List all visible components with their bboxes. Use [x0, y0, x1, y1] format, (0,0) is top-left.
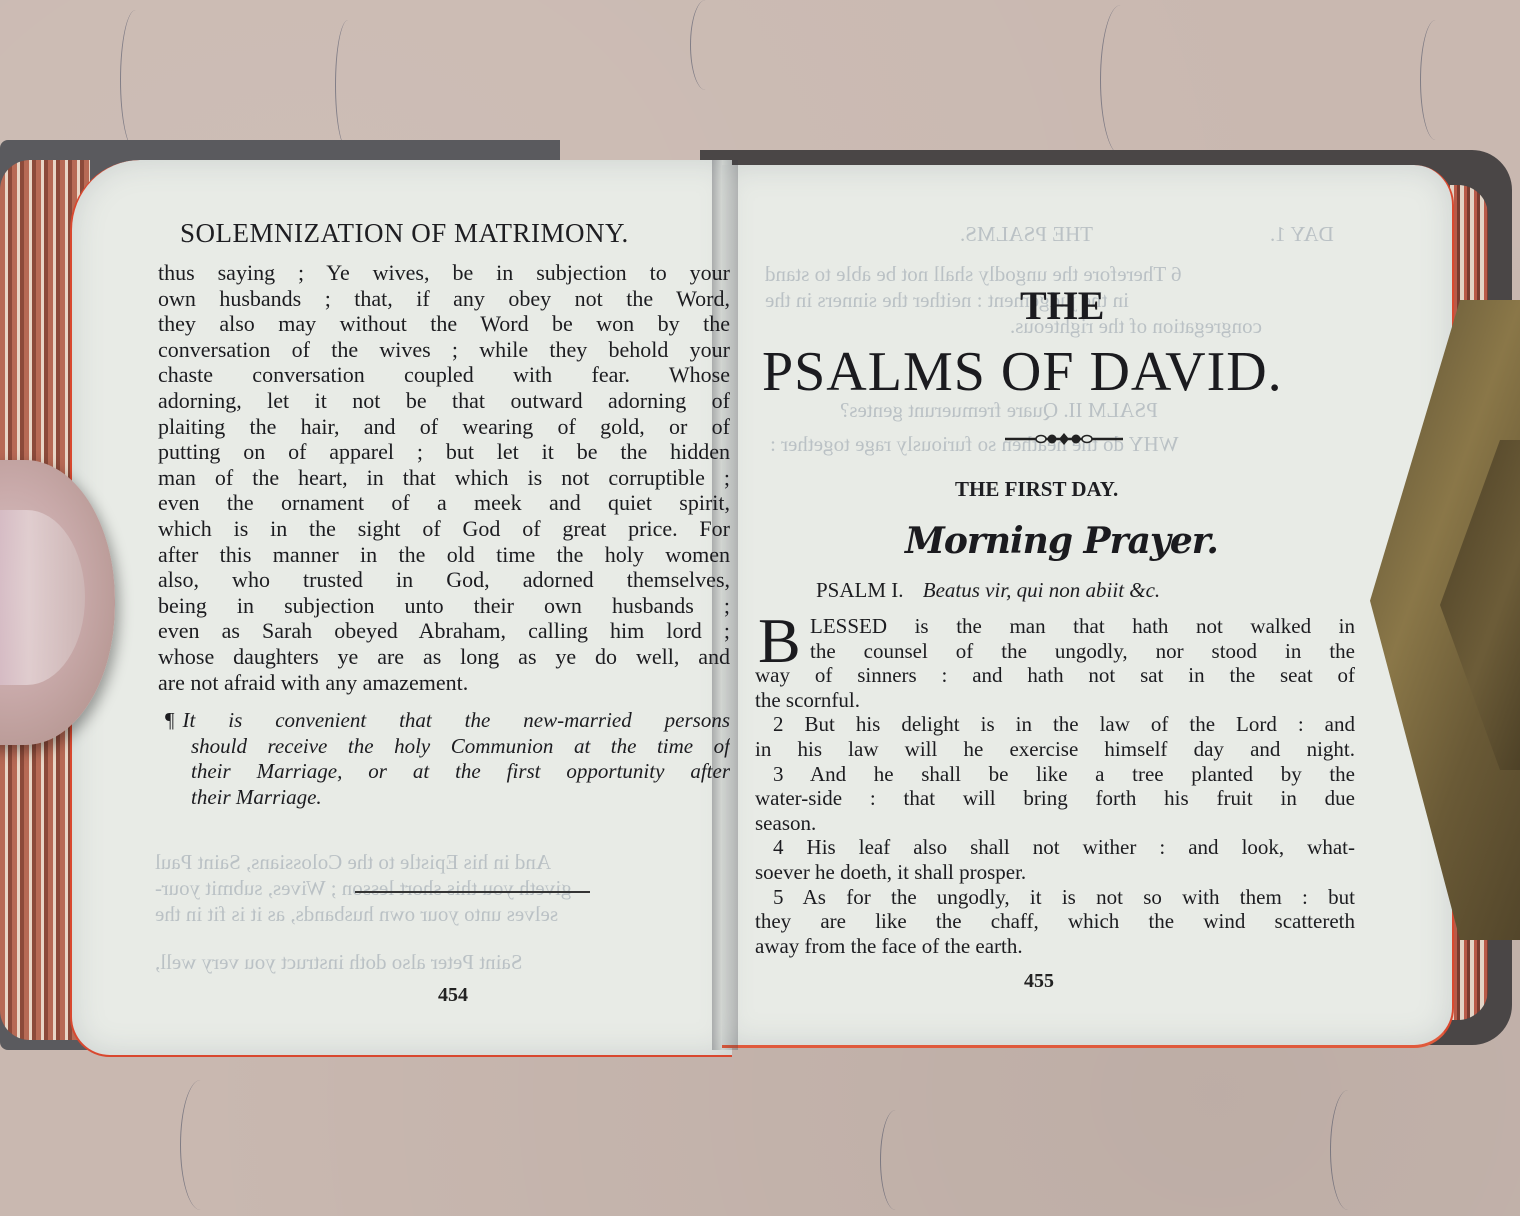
ghost-running-head: THE PSALMS. [960, 222, 1093, 247]
psalm-text: LESSED is the man that hath not walked i… [755, 614, 1355, 958]
text-line: also, who trusted in God, adorned themse… [158, 567, 730, 593]
text-line: own husbands ; that, if any obey not the… [158, 286, 730, 312]
text-line: putting on of apparel ; but let it be th… [158, 439, 730, 465]
ornament-divider-icon [1005, 430, 1123, 448]
paper-fiber [1330, 1090, 1366, 1210]
text-line: LESSED is the man that hath not walked i… [755, 614, 1355, 639]
page-number-left: 454 [438, 984, 468, 1007]
paper-fiber [880, 1110, 911, 1210]
page-number-right: 455 [1024, 970, 1054, 993]
book-title: PSALMS OF DAVID. [762, 340, 1283, 404]
ghost-running-head: DAY 1. [1270, 222, 1334, 247]
paper-fiber [1100, 5, 1141, 155]
verse-line: 2 But his delight is in the law of the L… [755, 712, 1355, 737]
running-head: SOLEMNIZATION OF MATRIMONY. [180, 218, 720, 249]
ghost-line: And in his Epistle to the Colossians, Sa… [155, 850, 551, 875]
ghost-line: giveth you this short lesson ; Wives, su… [155, 876, 572, 901]
text-line: they are like the chaff, which the wind … [755, 909, 1355, 934]
section-heading: THE FIRST DAY. [955, 477, 1118, 502]
text-line: after this manner in the old time the ho… [158, 542, 730, 568]
paper-fiber [690, 0, 721, 90]
text-line: the scornful. [755, 688, 1355, 713]
paper-fiber [180, 1080, 221, 1210]
verse-line: 5 As for the ungodly, it is not so with … [755, 885, 1355, 910]
text-line: season. [755, 811, 1355, 836]
rubric-line: their Marriage, or at the first opportun… [165, 759, 730, 785]
rubric: ¶It is convenient that the new-married p… [165, 708, 730, 810]
left-page-body: thus saying ; Ye wives, be in subjection… [158, 260, 730, 695]
paper-fiber [1420, 20, 1451, 140]
text-line: the counsel of the ungodly, nor stood in… [755, 639, 1355, 664]
text-line: away from the face of the earth. [755, 934, 1355, 959]
rubric-line: should receive the holy Communion at the… [165, 734, 730, 760]
verse-line: 4 His leaf also shall not wither : and l… [755, 835, 1355, 860]
psalm-heading: PSALM I. Beatus vir, qui non abiit &c. [816, 578, 1160, 603]
text-line: adorning, let it not be that outward ado… [158, 388, 730, 414]
verse-line: 3 And he shall be like a tree planted by… [755, 762, 1355, 787]
text-line: whose daughters ye are as long as ye do … [158, 644, 730, 670]
text-line: which is in the sight of God of great pr… [158, 516, 730, 542]
text-line: in his law will he exercise himself day … [755, 737, 1355, 762]
text-line: being in subjection unto their own husba… [158, 593, 730, 619]
paper-fiber [335, 20, 361, 150]
text-line: way of sinners : and hath not sat in the… [755, 663, 1355, 688]
text-line: thus saying ; Ye wives, be in subjection… [158, 260, 730, 286]
rubric-line: It is convenient that the new-married pe… [183, 708, 730, 732]
ghost-line: selves unto your own husbands, as it is … [155, 902, 558, 927]
pilcrow-icon: ¶ [165, 708, 175, 732]
psalm-incipit: Beatus vir, qui non abiit &c. [923, 578, 1160, 602]
text-line: are not afraid with any amazement. [158, 670, 730, 696]
text-line: soever he doeth, it shall prosper. [755, 860, 1355, 885]
text-line: conversation of the wives ; while they b… [158, 337, 730, 363]
ghost-line: 6 Therefore the ungodly shall not be abl… [765, 262, 1182, 287]
psalm-number: PSALM I. [816, 578, 904, 602]
text-line: even as Sarah obeyed Abraham, calling hi… [158, 618, 730, 644]
text-line: water-side : that will bring forth his f… [755, 786, 1355, 811]
paper-fiber [120, 10, 151, 150]
rubric-line: their Marriage. [165, 785, 730, 811]
title-the: THE [1020, 282, 1104, 329]
text-line: they also may without the Word be won by… [158, 311, 730, 337]
text-line: plaiting the hair, and of wearing of gol… [158, 414, 730, 440]
text-line: man of the heart, in that which is not c… [158, 465, 730, 491]
text-line: even the ornament of a meek and quiet sp… [158, 490, 730, 516]
service-heading: Morning Prayer. [905, 520, 1218, 562]
text-line: chaste conversation coupled with fear. W… [158, 362, 730, 388]
section-rule [355, 891, 590, 893]
ghost-line: Saint Peter also doth instruct you very … [155, 950, 522, 975]
